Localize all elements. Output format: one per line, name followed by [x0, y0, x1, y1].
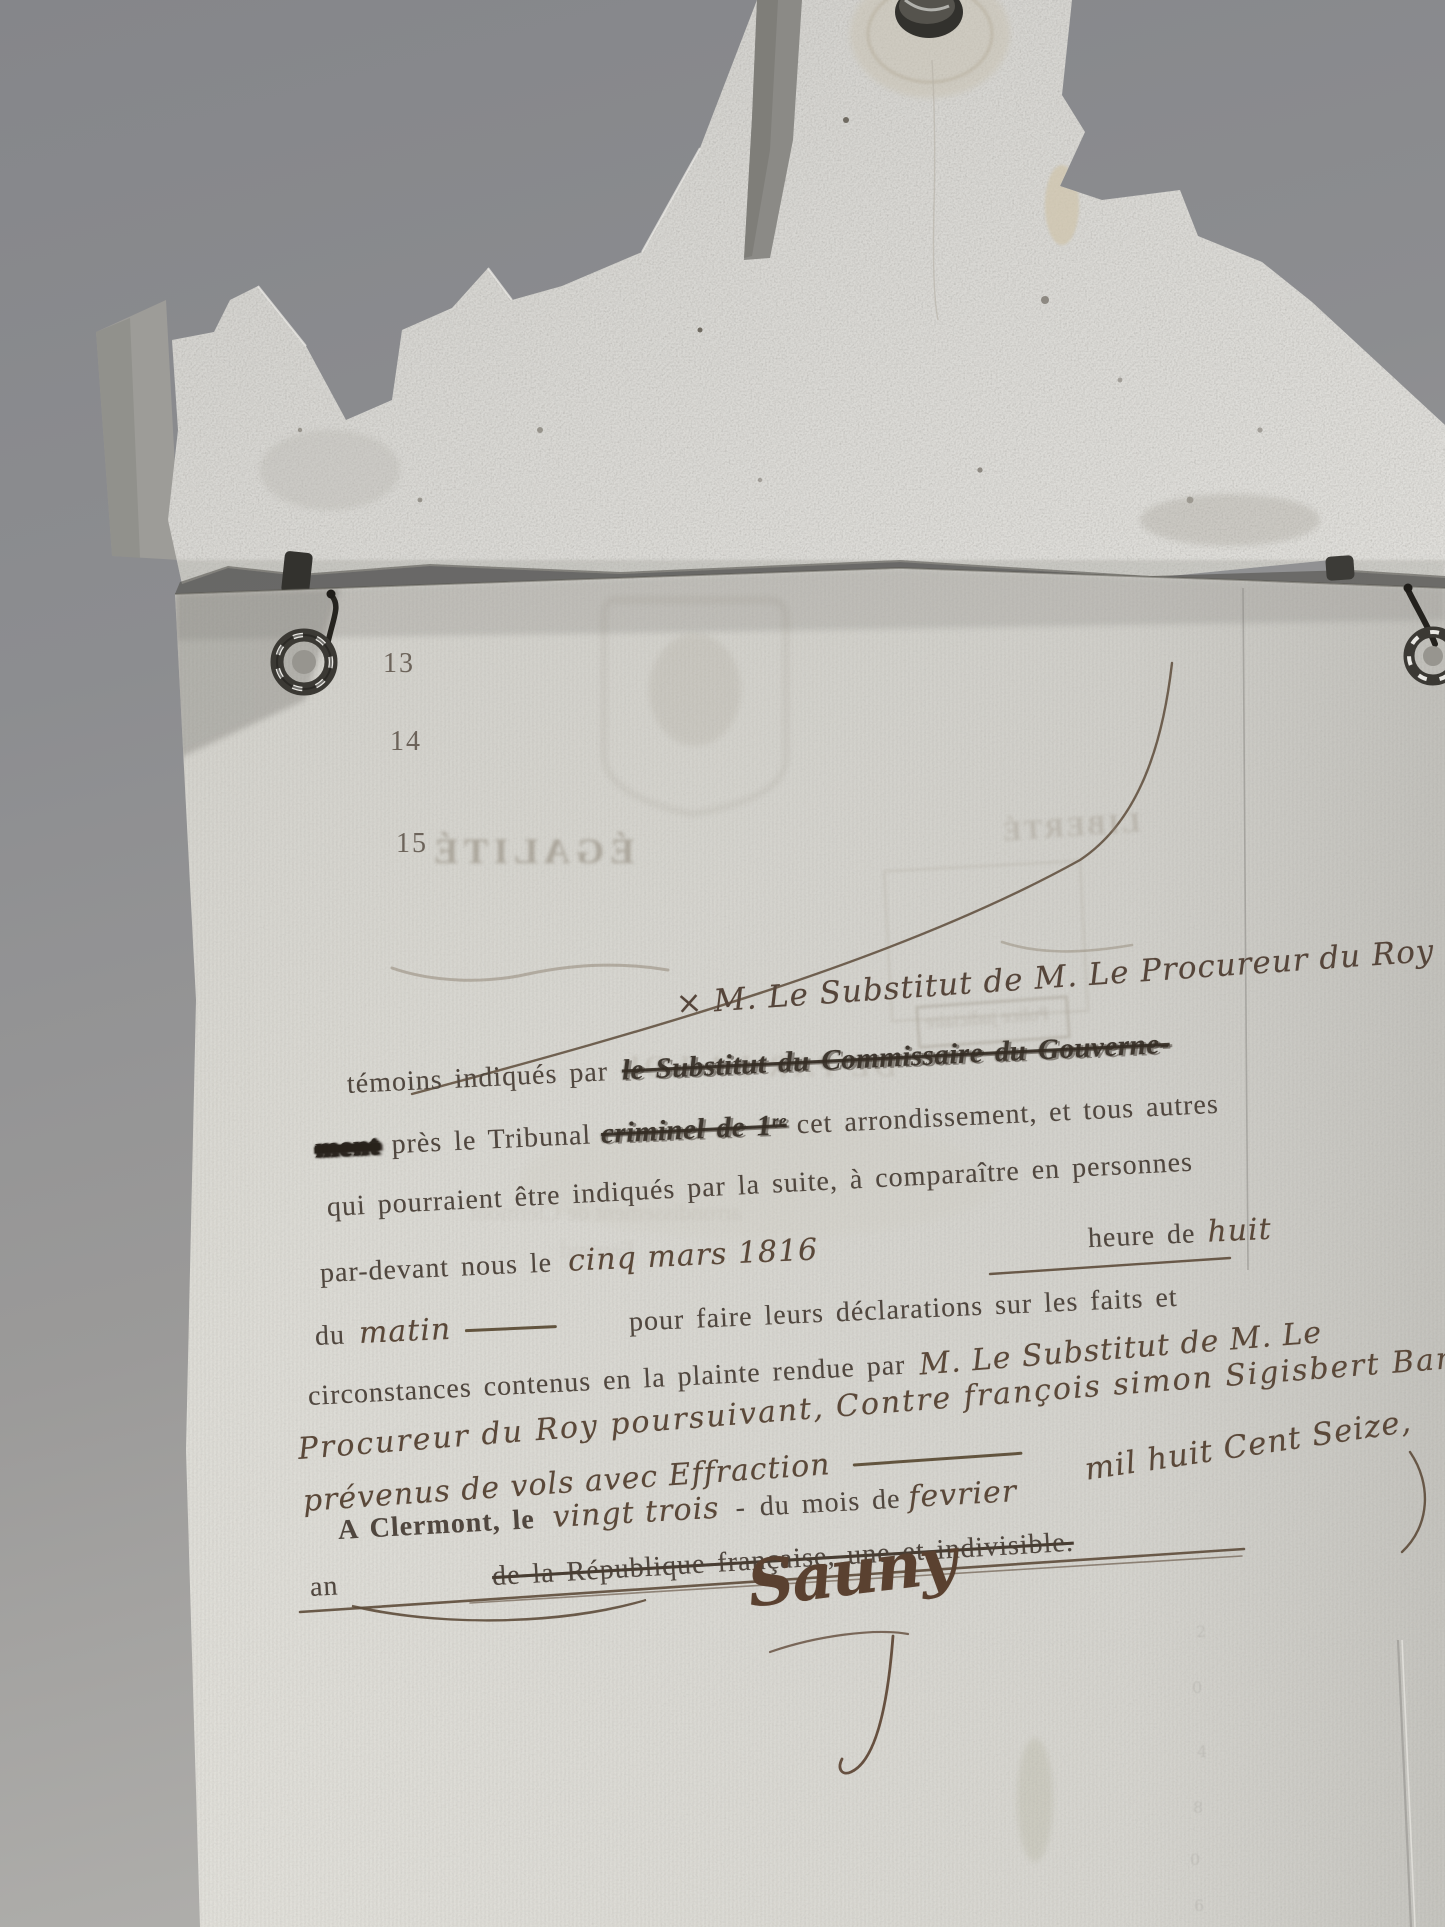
line5-handwritten-matin: matin [358, 1312, 452, 1351]
embossed-mark: 2 [1196, 1622, 1206, 1641]
right-wire-slot [1325, 555, 1355, 581]
line4-handwritten-huit: huit [1207, 1212, 1273, 1250]
line5-printed-du: du [314, 1320, 345, 1352]
margin-number-14: 14 [390, 726, 422, 758]
margin-number-15: 15 [396, 828, 428, 860]
line9-printed-dumois: du mois de [759, 1484, 901, 1523]
embossed-mark: 0 [1190, 1850, 1200, 1869]
pen-dash [465, 1325, 557, 1332]
photograph: 13 14 15 ÉGALITÉ LIBERTÉ DE PAR LA LOI P… [0, 0, 1445, 1927]
pen-dash [852, 1452, 1022, 1466]
margin-number-13: 13 [383, 648, 415, 680]
line2-obliterated-ment: ment [314, 1130, 380, 1164]
line10-an: an [309, 1570, 339, 1603]
ghost-stamp-egalite: ÉGALITÉ [428, 830, 634, 872]
line4-printed-heure: heure de [1087, 1218, 1196, 1254]
line9-handwritten-fevrier: fevrier [907, 1474, 1018, 1515]
line9-dash: - [735, 1492, 747, 1524]
embossed-mark: 8 [1193, 1798, 1203, 1817]
plaster-board [0, 0, 1445, 600]
embossed-mark: 6 [1194, 1896, 1204, 1915]
embossed-mark: 4 [1197, 1742, 1207, 1761]
embossed-mark: 0 [1192, 1678, 1202, 1697]
